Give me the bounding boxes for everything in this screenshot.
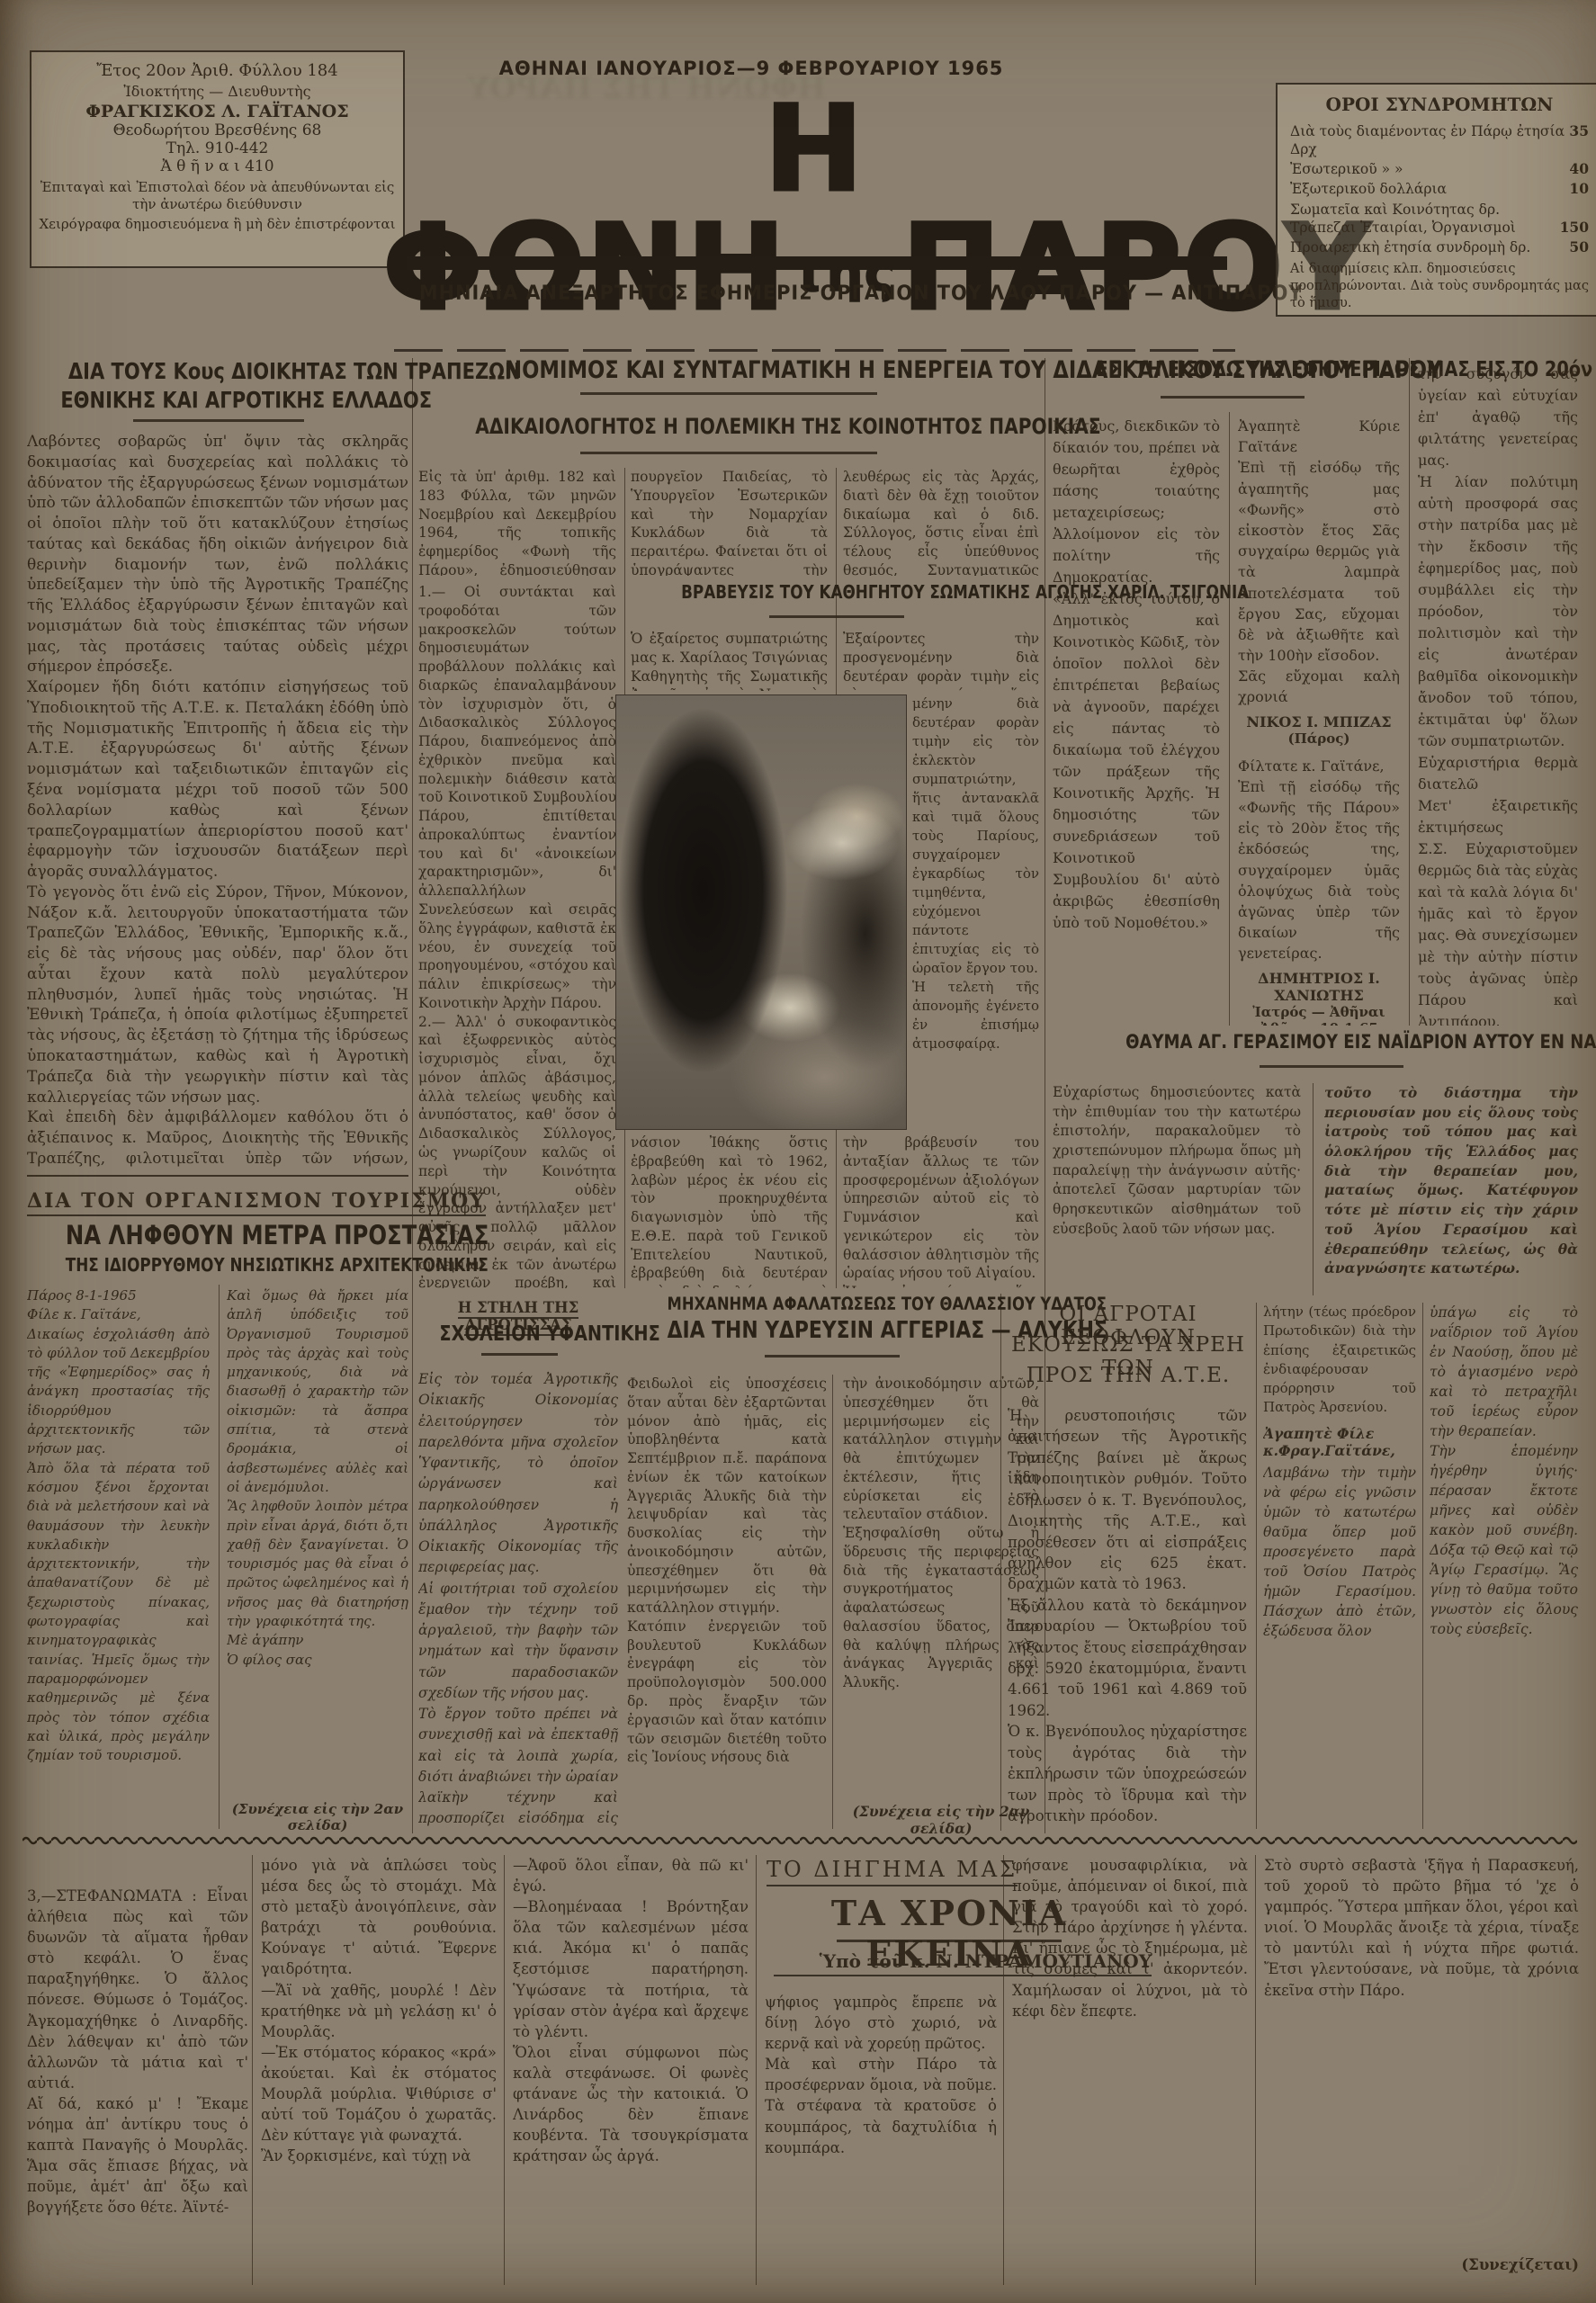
weaving-headline: ΣΧΟΛΕΙΟΝ ΥΦΑΝΤΙΚΗΣ (418, 1322, 618, 1346)
farmers-body: Ἡ ρευστοποιήσις τῶν ἀπαιτήσεων τῆς Ἀγροτ… (1008, 1405, 1247, 1828)
column-rule (1256, 1303, 1257, 1829)
owner-name: ΦΡΑΓΚΙΣΚΟΣ Λ. ΓΑΪΤΑΝΟΣ (39, 102, 396, 121)
column-rule (219, 1285, 220, 1829)
tourism-headline-line2: ΤΗΣ ΙΔΙΟΡΡΥΘΜΟΥ ΝΗΣΙΩΤΙΚΗΣ ΑΡΧΙΤΕΚΤΟΝΙΚΗ… (25, 1254, 408, 1276)
anniv-colB: Ἀγαπητὲ Κύριε Γαϊτάνε Ἐπὶ τῇ εἰσόδῳ τῆς … (1238, 416, 1400, 1026)
award-col-left: Ὁ ἐξαίρετος συμπατριώτης μας κ. Χαρίλαος… (631, 630, 828, 691)
masthead-subtitle: ΜΗΝΙΑΙΑ ΑΝΕΞΑΡΤΗΤΟΣ ΕΦΗΜΕΡΙΣ ΟΡΓΑΝΟΝ ΤΟΥ… (396, 282, 1237, 305)
section-rule (27, 1175, 408, 1177)
miracle-col1: Εὐχαρίστως δημοσιεύοντες κατὰ τὴν ἐπιθυμ… (1053, 1083, 1301, 1294)
terms-row: Προαιρετικὴ ἐτησία συνδρομὴ δρ.50 (1290, 238, 1589, 256)
desal-headline-rule (765, 1355, 900, 1358)
column-rule (832, 1375, 833, 1829)
terms-note: Αἱ διαφημίσεις κλπ. δημοσιεύσεις προπληρ… (1290, 261, 1589, 312)
story-continued: (Συνεχίζεται) (1354, 2256, 1579, 2273)
column-rule (1422, 1303, 1423, 1829)
tourism-kicker: ΔΙΑ ΤΟΝ ΟΡΓΑΝΙΣΜΟΝ ΤΟΥΡΙΣΜΟΥ (27, 1189, 486, 1216)
anniv-signature2-name: ΔΗΜΗΤΡΙΟΣ Ι. ΧΑΝΙΩΤΗΣ (1238, 970, 1400, 1004)
teachers-col1-continuation: 1.— Οἱ συντάκται καὶ τροφοδόται τῶν μακρ… (418, 583, 616, 1288)
tourism-headline-line1: ΝΑ ΛΗΦΘΟΥΝ ΜΕΤΡΑ ΠΡΟΣΤΑΣΙΑΣ (25, 1220, 408, 1250)
award-photo-side-col: μένην διὰ δευτέραν φορὰν τιμὴν εἰς τὸν ἐ… (912, 694, 1039, 1128)
miracle-col2: τοῦτο τὸ διάστημα τὴν περιουσίαν μου εἰς… (1324, 1083, 1578, 1294)
column-rule (504, 1855, 505, 2285)
award-headline-rule (769, 615, 904, 618)
mail-note: Ἐπιταγαὶ καὶ Ἐπιστολαὶ δέον νὰ ἀπευθύνων… (39, 179, 396, 213)
anniv-colA: Κράτους, διεκδικῶν τὸ δίκαιόν του, πρέπε… (1053, 416, 1220, 1026)
subtitle-rule (394, 349, 1235, 352)
anniv-headline-rule (1161, 396, 1305, 399)
anniv-colC: τὴν σύζυγόν σας ὑγείαν καὶ εὐτυχίαν ἐπ' … (1418, 363, 1578, 1026)
publisher-info-box: Ἔτος 20ον Ἀριθ. Φύλλου 184 Ἰδιοκτήτης — … (30, 50, 405, 268)
terms-row: Ἐξωτερικοῦ δολλάρια10 (1290, 180, 1589, 198)
anniv-letter2: Φίλτατε κ. Γαϊτάνε, Ἐπὶ τῇ εἰσόδῳ τῆς «Φ… (1238, 756, 1400, 964)
anniv-headline: ΕΠΙ ΤΗ ΕΙΣΟΔΩ ΤΗΣ ΕΦΗΜΕΡΙΔΟΣ ΜΑΣ ΕΙΣ ΤΟ … (1049, 358, 1405, 381)
terms-row: Σωματεῖα καὶ Κοινότητας δρ. Τράπεζαι Ἑτα… (1290, 201, 1589, 237)
teachers-col1: Εἰς τὰ ὑπ' ἀριθμ. 182 καὶ 183 Φύλλα, τῶν… (418, 468, 616, 576)
desal-headline-line2: ΔΙΑ ΤΗΝ ΥΔΡΕΥΣΙΝ ΑΓΓΕΡΙΑΣ — ΑΛΥΚΗΣ (625, 1317, 1041, 1344)
banks-headline-line2: ΕΘΝΙΚΗΣ ΚΑΙ ΑΓΡΟΤΙΚΗΣ ΕΛΛΑΔΟΣ (25, 387, 408, 413)
miracle-letter-col2: ὑπάγω εἰς τὸ ναΐδριον τοῦ Ἁγίου ἐν Ναούσ… (1430, 1303, 1578, 1826)
award-col-right: Ἐξαίροντες τὴν προσγενομένην διὰ δευτέρα… (843, 630, 1039, 691)
weaving-headline-rule (481, 1353, 558, 1356)
story-col1: 3,—ΣΤΕΦΑΝΩΜΑΤΑ : Εἶναι ἀλήθεια πὼς καὶ τ… (27, 1886, 248, 2285)
column-rule (1255, 1855, 1256, 2285)
column-rule (412, 358, 413, 1833)
teachers-headline: ΝΟΜΙΜΟΣ ΚΑΙ ΣΥΝΤΑΓΜΑΤΙΚΗ Η ΕΝΕΡΓΕΙΑ ΤΟΥ … (416, 356, 1042, 384)
miracle-letter-body: Λαμβάνω τὴν τιμὴν νὰ φέρω εἰς γνῶσιν ὑμῶ… (1263, 1463, 1416, 1641)
issue-number: Ἔτος 20ον Ἀριθ. Φύλλου 184 (39, 61, 396, 80)
owner-label: Ἰδιοκτήτης — Διευθυντὴς (39, 83, 396, 100)
teachers-col2: πουργεῖον Παιδείας, τὸ Ὑπουργεῖον Ἐσωτερ… (631, 468, 828, 576)
miracle-letter-salutation: Ἀγαπητὲ Φίλε κ.Φραγ.Γαϊτάνε, (1263, 1425, 1416, 1459)
terms-row: Ἐσωτερικοῦ » »40 (1290, 160, 1589, 178)
story-kicker: ΤΟ ΔΙΗΓΗΜΑ ΜΑΣ (767, 1857, 1018, 1886)
award-below-left: νάσιον Ἰθάκης ὅστις ἐβραβεύθη καὶ τὸ 196… (631, 1134, 828, 1288)
column-rule (1409, 358, 1410, 1026)
banks-article-body: Λαβόντες σοβαρῶς ὑπ' ὄψιν τὰς σκληρᾶς δο… (27, 432, 408, 1168)
column-rule (1229, 412, 1230, 1026)
tourism-col2: Καὶ ὅμως θὰ ἤρκει μία ἁπλῆ ὑπόδειξις τοῦ… (227, 1286, 408, 1795)
column-rule (1313, 1083, 1314, 1295)
miracle-headline: ΘΑΥΜΑ ΑΓ. ΓΕΡΑΣΙΜΟΥ ΕΙΣ ΝΑΪΔΡΙΟΝ ΑΥΤΟΥ Ε… (1076, 1031, 1582, 1053)
terms-row: Διὰ τοὺς διαμένοντας ἐν Πάρῳ ἐτησία Δρχ3… (1290, 122, 1589, 158)
tourism-continued: (Συνέχεια εἰς τὴν 2αν σελίδα) (227, 1801, 408, 1833)
owner-city: Ἀ θ ῆ ν α ι 410 (39, 157, 396, 175)
farmers-headline-line3: ΠΡΟΣ ΤΗΝ Α.Τ.Ε. (1006, 1364, 1251, 1387)
newspaper-front-page: ΗΦΩΝΗ ΤΗΣ ΠΑΡΟΥ Ἔτος 20ον Ἀριθ. Φύλλου 1… (0, 0, 1596, 2303)
teachers-subhead-rule (580, 452, 877, 454)
desal-col1: Φειδωλοὶ εἰς ὑποσχέσεις ὅταν αὗται δὲν ἐ… (627, 1375, 827, 1829)
masthead-bar (407, 256, 1227, 270)
column-rule (252, 1855, 253, 2285)
story-col2: μόνο γιὰ νὰ ἁπλώσει τοὺς μέσα δες ὦς τὸ … (261, 1855, 497, 2285)
award-ceremony-photo (615, 694, 907, 1130)
subscription-terms-box: ΟΡΟΙ ΣΥΝΔΡΟΜΗΤΩΝ Διὰ τοὺς διαμένοντας ἐν… (1276, 83, 1596, 317)
teachers-subhead: ΑΔΙΚΑΙΟΛΟΓΗΤΟΣ Η ΠΟΛΕΜΙΚΗ ΤΗΣ ΚΟΙΝΟΤΗΤΟΣ… (416, 414, 1042, 439)
story-col5: φήσανε μουσαφιρλίκια, νὰ ποῦμε, ἀπόμεινα… (1012, 1855, 1248, 2285)
wavy-divider (22, 1835, 1577, 1846)
award-headline: ΒΡΑΒΕΥΣΙΣ ΤΟΥ ΚΑΘΗΓΗΤΟΥ ΣΩΜΑΤΙΚΗΣ ΑΓΩΓΗΣ… (627, 581, 1041, 603)
anniv-signature1-name: ΝΙΚΟΣ Ι. ΜΠΙΖΑΣ (1238, 713, 1400, 730)
story-col6: Στὸ συρτὸ σεβαστὰ 'ξῆγα ἡ Παρασκευή, τοῦ… (1264, 1855, 1579, 2251)
terms-title: ΟΡΟΙ ΣΥΝΔΡΟΜΗΤΩΝ (1290, 94, 1589, 115)
banks-headline-rule (133, 419, 304, 422)
story-col3: —Ἀφοῦ ὅλοι εἶπαν, θὰ πῶ κι' ἐγώ. —Βλοημέ… (513, 1855, 749, 2285)
anniv-signature1-place: (Πάρος) (1238, 730, 1400, 747)
story-col4: ψήφιος γαμπρὸς ἔπρεπε νὰ δίνῃ λόγο στὸ χ… (765, 1992, 997, 2285)
anniv-signature2-place: Ἰατρός — Ἀθῆναι Ἀθῆναι 10-1-65 (1238, 1004, 1400, 1026)
miracle-headline-rule (1260, 1065, 1403, 1068)
miracle-letter-intro: λήτην (τέως πρόεδρον Πρωτοδικῶν) διὰ τὴν… (1263, 1303, 1416, 1418)
miracle-letter-col1: λήτην (τέως πρόεδρον Πρωτοδικῶν) διὰ τὴν… (1263, 1303, 1416, 1826)
teachers-col3: λευθέρως εἰς τὰς Ἀρχάς, διατὶ δὲν θὰ ἔχῃ… (843, 468, 1039, 576)
banks-headline-line1: ΔΙΑ ΤΟΥΣ Κους ΔΙΟΙΚΗΤΑΣ ΤΩΝ ΤΡΑΠΕΖΩΝ (25, 358, 408, 384)
weaving-body: Εἰς τὸν τομέα Ἀγροτικῆς Οἰκιακῆς Οἰκονομ… (418, 1369, 618, 1828)
owner-address: Θεοδωρήτου Βρεσθένης 68 (39, 121, 396, 139)
desal-headline-line1: ΜΗΧΑΝΗΜΑ ΑΦΑΛΑΤΩΣΕΩΣ ΤΟΥ ΘΑΛΑΣΣΙΟΥ ΥΔΑΤΟ… (625, 1294, 1041, 1314)
teachers-headline-rule (580, 392, 877, 395)
date-line: ΑΘΗΝΑΙ ΙΑΝΟΥΑΡΙΟΣ—9 ΦΕΒΡΟΥΑΡΙΟΥ 1965 (405, 58, 1098, 79)
tourism-col1: Πάρος 8-1-1965 Φίλε κ. Γαϊτάνε, Δικαίως … (27, 1286, 210, 1826)
manuscripts-note: Χειρόγραφα δημοσιευόμενα ἢ μὴ δὲν ἐπιστρ… (39, 216, 396, 233)
anniv-letter1: Ἀγαπητὲ Κύριε Γαϊτάνε Ἐπὶ τῇ εἰσόδῳ τῆς … (1238, 416, 1400, 708)
award-below-right: τὴν βράβευσίν του ἀνταξίαν ἄλλως τε τῶν … (843, 1134, 1039, 1288)
owner-phone: Τηλ. 910-442 (39, 139, 396, 157)
